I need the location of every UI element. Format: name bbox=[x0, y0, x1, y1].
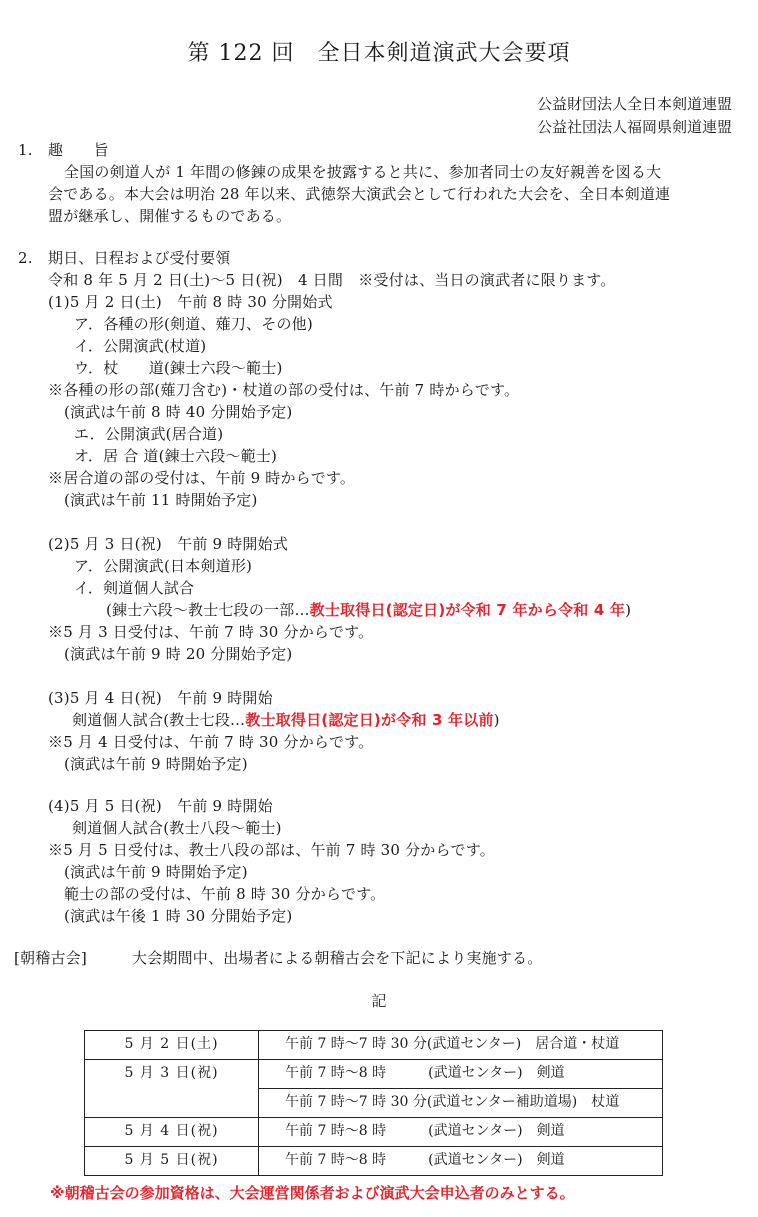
table-row: 5 月 3 日(祝) 午前 7 時～8 時 (武道センター) 剣道 bbox=[85, 1060, 663, 1089]
slot-cell: 午前 7 時～7 時 30 分(武道センター補助道場) 杖道 bbox=[259, 1089, 663, 1118]
day2-detail-highlight: 教士取得日(認定日)が令和 7 年から令和 4 年 bbox=[310, 601, 625, 619]
organizer-2: 公益社団法人福岡県剣道連盟 bbox=[537, 117, 732, 137]
day1-item-e: エ．公開演武(居合道) bbox=[74, 424, 223, 444]
day1-item-a: ア．各種の形(剣道、薙刀、その他) bbox=[74, 314, 313, 334]
day2-item-a: ア．公開演武(日本剣道形) bbox=[74, 556, 252, 576]
date-cell: 5 月 4 日(祝) bbox=[85, 1118, 259, 1147]
morning-practice-text: 大会期間中、出場者による朝稽古会を下記により実施する。 bbox=[132, 948, 542, 968]
event-period: 令和 8 年 5 月 2 日(土)～5 日(祝) 4 日間 ※受付は、当日の演武… bbox=[48, 270, 615, 290]
day2-note: ※5 月 3 日受付は、午前 7 時 30 分からです。 bbox=[48, 622, 373, 642]
organizer-1: 公益財団法人全日本剣道連盟 bbox=[537, 94, 732, 114]
day1-note1-sub: (演武は午前 8 時 40 分開始予定) bbox=[64, 402, 292, 422]
day2-detail-suffix: ) bbox=[625, 601, 631, 619]
section1-line-2: 会である。本大会は明治 28 年以来、武徳祭大演武会として行われた大会を、全日本… bbox=[48, 184, 670, 204]
slot-cell: 午前 7 時～7 時 30 分(武道センター) 居合道・杖道 bbox=[259, 1031, 663, 1060]
morning-practice-label: [朝稽古会] bbox=[14, 948, 87, 968]
day2-item-i: イ．剣道個人試合 bbox=[74, 578, 194, 598]
day1-item-o: オ．居 合 道(錬士六段～範士) bbox=[74, 446, 277, 466]
day3-header: (3)5 月 4 日(祝) 午前 9 時開始 bbox=[48, 688, 273, 708]
morning-practice-table: 5 月 2 日(土) 午前 7 時～7 時 30 分(武道センター) 居合道・杖… bbox=[84, 1030, 663, 1176]
day4-detail: 剣道個人試合(教士八段～範士) bbox=[72, 818, 282, 838]
day4-note2-sub: (演武は午後 1 時 30 分開始予定) bbox=[64, 906, 292, 926]
page-title: 第 122 回 全日本剣道演武大会要項 bbox=[0, 36, 758, 67]
section2-number: 2. bbox=[18, 248, 33, 268]
day3-detail-prefix: 剣道個人試合(教士七段… bbox=[72, 711, 245, 729]
day4-note: ※5 月 5 日受付は、教士八段の部は、午前 7 時 30 分からです。 bbox=[48, 840, 495, 860]
day3-detail: 剣道個人試合(教士七段…教士取得日(認定日)が令和 3 年以前) bbox=[72, 710, 500, 730]
day2-header: (2)5 月 3 日(祝) 午前 9 時開始式 bbox=[48, 534, 288, 554]
slot-cell: 午前 7 時～8 時 (武道センター) 剣道 bbox=[259, 1060, 663, 1089]
day1-header: (1)5 月 2 日(土) 午前 8 時 30 分開始式 bbox=[48, 292, 333, 312]
day3-note-sub: (演武は午前 9 時開始予定) bbox=[64, 754, 248, 774]
section1-line-1: 全国の剣道人が 1 年間の修錬の成果を披露すると共に、参加者同士の友好親善を図る… bbox=[64, 162, 661, 182]
day3-detail-suffix: ) bbox=[494, 711, 500, 729]
section1-number: 1. bbox=[18, 140, 33, 160]
eligibility-note: ※朝稽古会の参加資格は、大会運営関係者および演武大会申込者のみとする。 bbox=[50, 1183, 575, 1203]
date-cell: 5 月 3 日(祝) bbox=[85, 1060, 259, 1118]
day4-note2: 範士の部の受付は、午前 8 時 30 分からです。 bbox=[64, 884, 385, 904]
day4-note-sub: (演武は午前 9 時開始予定) bbox=[64, 862, 248, 882]
ki-heading: 記 bbox=[0, 990, 758, 1011]
day4-header: (4)5 月 5 日(祝) 午前 9 時開始 bbox=[48, 796, 273, 816]
section1-heading: 趣 旨 bbox=[48, 140, 109, 160]
date-cell: 5 月 5 日(祝) bbox=[85, 1147, 259, 1176]
day2-detail: (錬士六段～教士七段の一部…教士取得日(認定日)が令和 7 年から令和 4 年) bbox=[106, 600, 631, 620]
day1-note2: ※居合道の部の受付は、午前 9 時からです。 bbox=[48, 468, 355, 488]
day2-note-sub: (演武は午前 9 時 20 分開始予定) bbox=[64, 644, 292, 664]
table-row: 5 月 4 日(祝) 午前 7 時～8 時 (武道センター) 剣道 bbox=[85, 1118, 663, 1147]
slot-cell: 午前 7 時～8 時 (武道センター) 剣道 bbox=[259, 1118, 663, 1147]
section2-heading: 期日、日程および受付要領 bbox=[48, 248, 230, 268]
slot-cell: 午前 7 時～8 時 (武道センター) 剣道 bbox=[259, 1147, 663, 1176]
day3-note: ※5 月 4 日受付は、午前 7 時 30 分からです。 bbox=[48, 732, 373, 752]
day1-item-i: イ．公開演武(杖道) bbox=[74, 336, 206, 356]
day1-note1: ※各種の形の部(薙刀含む)・杖道の部の受付は、午前 7 時からです。 bbox=[48, 380, 519, 400]
date-cell: 5 月 2 日(土) bbox=[85, 1031, 259, 1060]
day1-note2-sub: (演武は午前 11 時開始予定) bbox=[64, 490, 258, 510]
day1-item-u: ウ．杖 道(錬士六段～範士) bbox=[74, 358, 283, 378]
day2-detail-prefix: (錬士六段～教士七段の一部… bbox=[106, 601, 310, 619]
table-row: 5 月 5 日(祝) 午前 7 時～8 時 (武道センター) 剣道 bbox=[85, 1147, 663, 1176]
day3-detail-highlight: 教士取得日(認定日)が令和 3 年以前 bbox=[245, 711, 493, 729]
section1-line-3: 盟が継承し、開催するものである。 bbox=[48, 206, 291, 226]
table-row: 5 月 2 日(土) 午前 7 時～7 時 30 分(武道センター) 居合道・杖… bbox=[85, 1031, 663, 1060]
